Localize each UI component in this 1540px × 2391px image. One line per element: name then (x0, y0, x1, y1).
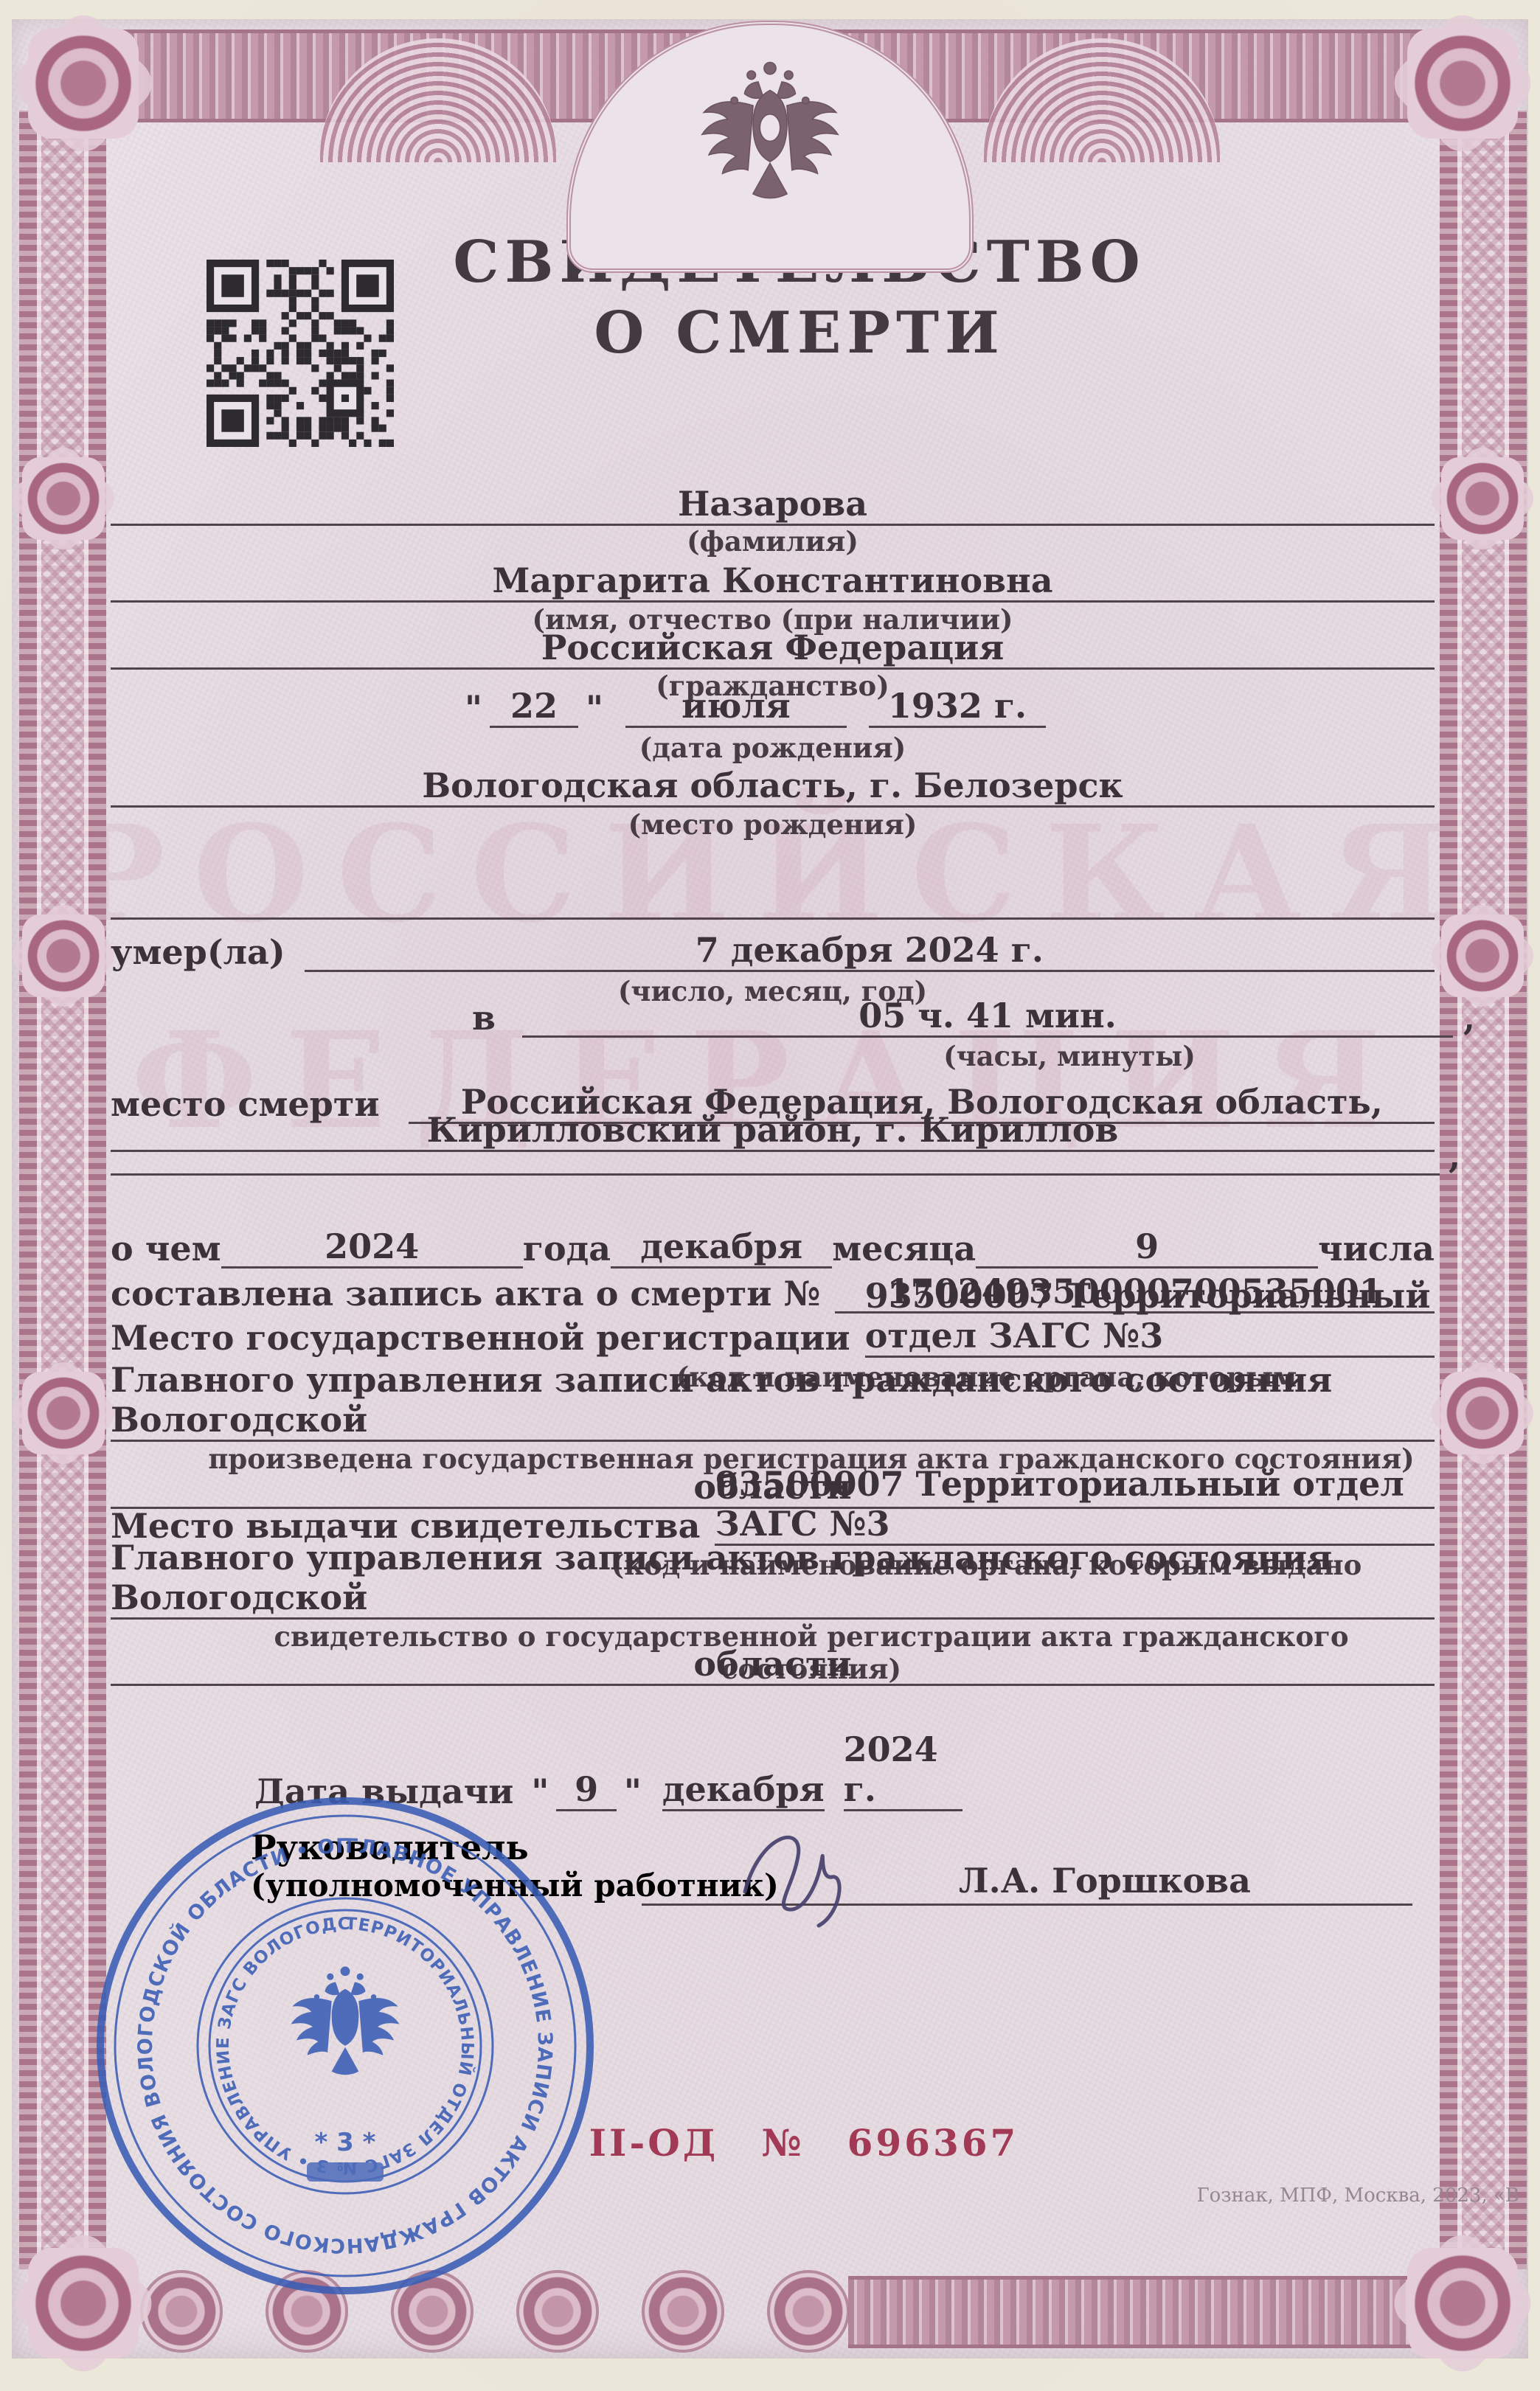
border-right-band (1440, 111, 1527, 2269)
stamp-banner (307, 2162, 384, 2182)
serial-number: 696367 (847, 2121, 1019, 2165)
stamp-center-number: * 3 * (315, 2128, 376, 2157)
record-day-word: числа (1318, 1229, 1435, 1269)
field-birth-place: Вологодская область, г. Белозерск (111, 764, 1435, 808)
trailing-comma: , (1449, 1136, 1460, 1176)
corner-rosette (1407, 2248, 1518, 2359)
death-certificate: РОССИЙСКАЯ ФЕДЕРАЦИЯ (0, 0, 1540, 2391)
birth-month: июля (625, 686, 847, 728)
birth-year: 1932 г. (869, 686, 1046, 728)
stamp-eagle-icon (291, 1966, 400, 2075)
border-ribbon (848, 2276, 1432, 2348)
corner-rosette (28, 28, 139, 139)
edge-rosette (1441, 1372, 1524, 1454)
record-year: 2024 (221, 1226, 523, 1269)
issue-date-year: 2024 г. (844, 1729, 962, 1811)
died-label: умер(ла) (111, 932, 285, 972)
quote-mark: " (586, 688, 603, 728)
edge-rosette (1441, 457, 1524, 540)
registry-stamp: ГЛАВНОЕ УПРАВЛЕНИЕ ЗАПИСИ АКТОВ ГРАЖДАНС… (87, 1788, 603, 2304)
record-month: декабря (611, 1226, 832, 1269)
field-birth-date: " 22 " июля 1932 г. (457, 688, 1092, 728)
issue-line3: области (111, 1644, 1435, 1686)
edge-rosette (22, 915, 105, 997)
printer-note: Гознак, МПФ, Москва, 2023, «В (1033, 2184, 1519, 2207)
issue-date-month: декабря (662, 1769, 825, 1811)
death-date-value: 7 декабря 2024 г. (305, 930, 1435, 972)
serial-numero-sign: № (761, 2121, 804, 2165)
blank-line (111, 1173, 1440, 1176)
border-medallion (767, 2270, 850, 2353)
registration-value: 93500007 Территориальный отдел ЗАГС №3 (865, 1276, 1435, 1358)
caption-birth-place: (место рождения) (111, 808, 1435, 841)
death-place-blank: , (111, 1136, 1460, 1176)
field-record-date: о чем 2024 года декабря месяца 9 числа (111, 1227, 1435, 1269)
field-surname: Назарова (111, 456, 1435, 526)
time-prefix: в (472, 998, 496, 1038)
issue-line2: Главного управления записи актов граждан… (111, 1576, 1435, 1620)
caption-surname: (фамилия) (111, 525, 1435, 558)
coat-of-arms-icon (685, 50, 855, 249)
edge-rosette (22, 457, 105, 540)
serial-series: II-ОД (589, 2121, 719, 2165)
record-day: 9 (976, 1226, 1318, 1269)
corner-rosette (1407, 28, 1518, 139)
blank-line (111, 878, 1435, 920)
field-signature: Л.А. Горшкова (642, 1822, 1412, 1906)
caption-birth-date: (дата рождения) (111, 732, 1435, 764)
record-year-word: года (523, 1229, 611, 1269)
birth-day: 22 (490, 686, 578, 728)
act-label: составлена запись акта о смерти № (111, 1274, 820, 1314)
head-name: Л.А. Горшкова (959, 1861, 1251, 1901)
field-death-time: в 05 ч. 41 мин. , (472, 995, 1475, 1038)
printer-note-row: Гознак, МПФ, Москва, 2023, «В (1033, 2184, 1519, 2207)
death-time-value: 05 ч. 41 мин. (522, 996, 1453, 1038)
registration-line2: Главного управления записи актов граждан… (111, 1398, 1435, 1442)
border-medallion (642, 2270, 724, 2353)
record-prefix: о чем (111, 1229, 221, 1269)
certificate-title-line2: О СМЕРТИ (438, 299, 1161, 367)
signature-icon (730, 1818, 907, 1929)
quote-mark: " (624, 1771, 642, 1811)
edge-rosette (1441, 915, 1524, 997)
qr-code (207, 260, 394, 447)
field-registration-place: Место государственной регистрации 935000… (111, 1316, 1435, 1358)
registration-label: Место государственной регистрации (111, 1318, 850, 1358)
issue-value: 93500007 Территориальный отдел ЗАГС №3 (715, 1464, 1435, 1546)
field-given-names: Маргарита Константиновна (111, 559, 1435, 603)
quote-mark: " (465, 688, 482, 728)
edge-rosette (22, 1372, 105, 1454)
trailing-comma: , (1463, 998, 1475, 1038)
caption-death-time: (часы, минуты) (664, 1040, 1475, 1072)
field-death-date: умер(ла) 7 декабря 2024 г. (111, 929, 1435, 972)
field-citizenship: Российская Федерация (111, 628, 1435, 670)
record-month-word: месяца (832, 1229, 976, 1269)
